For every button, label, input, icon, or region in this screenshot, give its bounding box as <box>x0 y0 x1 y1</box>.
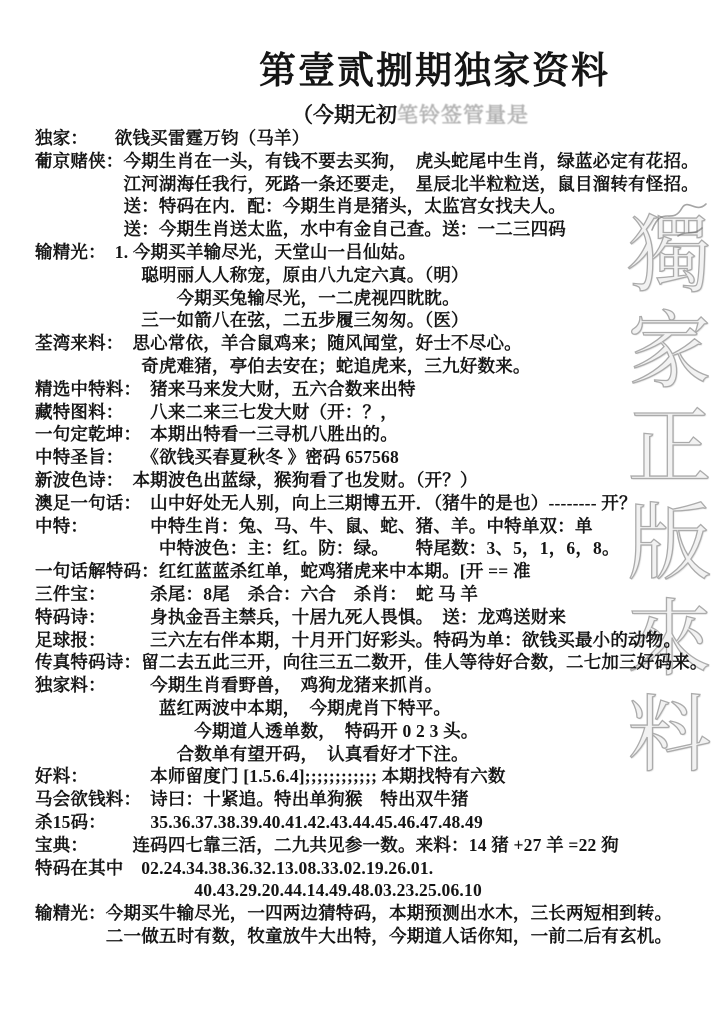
doc-line: 一句定乾坤： 本期出特看一三寻机八胜出的。 <box>35 423 723 446</box>
doc-line: 独家料： 今期生肖看野兽， 鸡狗龙猪来抓肖。 <box>35 674 723 697</box>
doc-line: 荃湾来料： 思心常依，羊合鼠鸡来；随风闻堂，好士不尽心。 <box>35 332 723 355</box>
doc-line: 葡京赌侠：今期生肖在一头，有钱不要去买狗， 虎头蛇尾中生肖，绿蓝必定有花招。 <box>35 150 723 173</box>
doc-line: 输精光：今期买牛输尽光，一四两边猜特码，本期预测出水木，三长两短相到转。 <box>35 902 723 925</box>
doc-line: 藏特图料： 八来二来三七发大财（开：？， <box>35 401 723 424</box>
doc-line: 二一做五时有数，牧童放牛大出特，今期道人话你知，一前二后有玄机。 <box>35 925 723 948</box>
subtitle-faded-text: 笔铃签管量是 <box>397 103 529 127</box>
doc-line: 新波色诗： 本期波色出蓝绿，猴狗看了也发财。（开？） <box>35 469 723 492</box>
doc-line: 送：今期生肖送太监，水中有金自己查。送：一二三四码 <box>35 218 723 241</box>
subtitle-clear-text: （今期无初 <box>292 103 397 127</box>
doc-line: 奇虎难猪，亭伯去安在；蛇追虎来，三九好数来。 <box>35 355 723 378</box>
doc-line: 中特波色：主：红。防：绿。 特尾数：3、5，1，6，8。 <box>35 537 723 560</box>
doc-line: 中特： 中特生肖：兔、马、牛、鼠、蛇、猪、羊。中特单双：单 <box>35 515 723 538</box>
doc-line: 合数单有望开码， 认真看好才下注。 <box>35 743 723 766</box>
page-title: 第壹贰捌期独家资料 <box>146 40 723 90</box>
doc-line: 好料： 本师留度门 [1.5.6.4];;;;;;;;;;;; 本期找特有六数 <box>35 765 723 788</box>
doc-line: 传真特码诗：留二去五此三开，向往三五二数开，佳人等待好合数，二七加三好码来。 <box>35 651 723 674</box>
doc-line: 江河湖海任我行，死路一条还要走， 星辰北半粒粒送，鼠目溜转有怪招。 <box>35 173 723 196</box>
doc-line: 聪明丽人人称宠，原由八九定六真。（明） <box>35 264 723 287</box>
doc-line: 澳足一句话： 山中好处无人别，向上三期博五开．（猪牛的是也）-------- 开… <box>35 492 723 515</box>
doc-line: 马会欲钱料： 诗曰：十紧追。特出单狗猴 特出双牛猪 <box>35 788 723 811</box>
doc-line: 三一如箭八在弦，二五步履三匆匆。（医） <box>35 309 723 332</box>
doc-line: 独家： 欲钱买雷霆万钧（马羊） <box>35 127 723 150</box>
doc-line: 足球报： 三六左右伴本期，十月开门好彩头。特码为单：欲钱买最小的动物。 <box>35 629 723 652</box>
doc-line: 特码诗： 身执金吾主禁兵，十居九死人畏惧。 送：龙鸡送财来 <box>35 606 723 629</box>
doc-line: 一句话解特码：红红蓝蓝杀红单，蛇鸡猪虎来中本期。[开 == 准 <box>35 560 723 583</box>
pen-scribble-icon <box>648 196 710 242</box>
doc-lines: 独家： 欲钱买雷霆万钧（马羊）葡京赌侠：今期生肖在一头，有钱不要去买狗， 虎头蛇… <box>35 127 723 948</box>
doc-line: 送：特码在内．配：今期生肖是猪头，太监宫女找夫人。 <box>35 195 723 218</box>
tip-sheet-page: 第壹贰捌期独家资料 （今期无初笔铃签管量是 獨家正版來料 独家： 欲钱买雷霆万钧… <box>0 0 723 1024</box>
doc-line: 杀15码： 35.36.37.38.39.40.41.42.43.44.45.4… <box>35 811 723 834</box>
doc-line: 宝典： 连码四七靠三活，二九共见参一数。来料：14 猪 +27 羊 =22 狗 <box>35 834 723 857</box>
doc-line: 精选中特料： 猪来马来发大财，五六合数来出特 <box>35 378 723 401</box>
doc-line: 三件宝： 杀尾：8尾 杀合：六合 杀肖： 蛇 马 羊 <box>35 583 723 606</box>
page-subtitle: （今期无初笔铃签管量是 <box>292 99 529 129</box>
doc-line: 特码在其中 02.24.34.38.36.32.13.08.33.02.19.2… <box>35 857 723 880</box>
doc-line: 40.43.29.20.44.14.49.48.03.23.25.06.10 <box>35 879 723 902</box>
doc-line: 中特圣旨： 《欲钱买春夏秋冬 》密码 657568 <box>35 446 723 469</box>
doc-line: 今期买兔输尽光，一二虎视四眈眈。 <box>35 287 723 310</box>
doc-line: 今期道人透单数， 特码开 0 2 3 头。 <box>35 720 723 743</box>
doc-line: 蓝红两波中本期， 今期虎肖下特平。 <box>35 697 723 720</box>
doc-line: 输精光： 1. 今期买羊输尽光，天堂山一吕仙姑。 <box>35 241 723 264</box>
